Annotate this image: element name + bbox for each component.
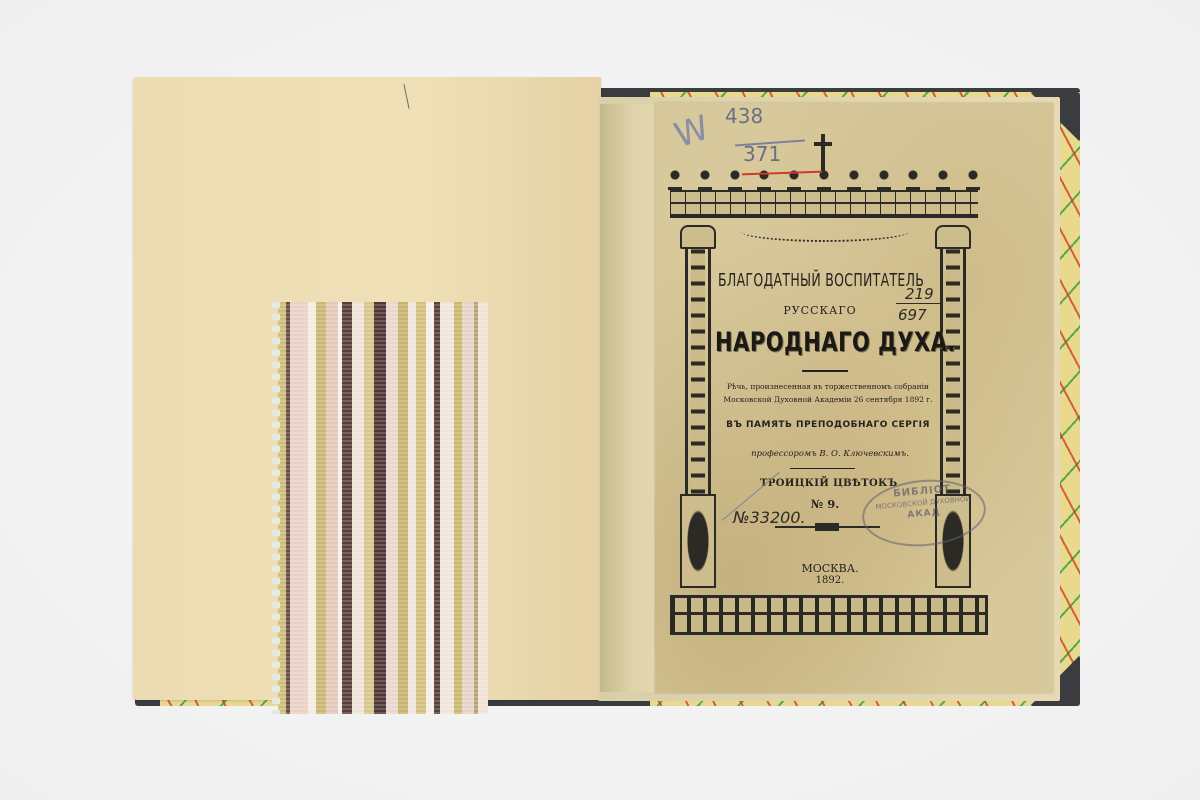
palmette-icon	[936, 167, 950, 190]
column-capital	[935, 225, 971, 249]
pencil-shelfmark-top: 438	[725, 104, 763, 128]
palmette-icon	[847, 167, 861, 190]
column-capital	[680, 225, 716, 249]
dedication-text: ВЪ ПАМЯТЬ ПРЕПОДОБНАГО СЕРГІЯ	[722, 420, 934, 430]
pencil-shelfmark-bottom: 371	[743, 142, 781, 166]
palmette-icon	[757, 167, 771, 190]
ink-shelfmark-top: 219	[905, 285, 934, 303]
subtitle-line-2: Московской Духовной Академіи 26 сентября…	[718, 395, 938, 404]
crest-ornament	[668, 160, 980, 190]
subtitle-line-1: Рѣчь, произнесенная въ торжественномъ со…	[718, 382, 938, 391]
palmette-icon	[877, 167, 891, 190]
column-shaft	[685, 249, 711, 494]
column-shaft	[940, 249, 966, 494]
palmette-icon	[668, 167, 682, 190]
title-rule	[802, 370, 848, 372]
series-title: ТРОИЦКІЙ ЦВѢТОКЪ	[760, 478, 890, 489]
greek-key-border	[670, 595, 988, 635]
frame-entablature	[670, 190, 978, 218]
palmette-icon	[698, 167, 712, 190]
palmette-icon	[728, 167, 742, 190]
imprint-city: МОСКВА.	[780, 562, 880, 575]
garland-ornament	[740, 220, 910, 242]
author-rule	[790, 468, 855, 469]
palmette-icon	[906, 167, 920, 190]
inventory-number: №33200.	[733, 508, 806, 527]
left-column-ornament	[680, 225, 716, 590]
fabric-swatch	[278, 302, 488, 714]
title-line-1: БЛАГОДАТНЫЙ ВОСПИТАТЕЛЬ	[718, 269, 908, 290]
column-base	[680, 494, 716, 588]
ink-shelfmark-bottom: 697	[898, 306, 927, 324]
ink-fraction-bar	[896, 303, 942, 304]
title-line-3: НАРОДНАГО ДУХА.	[715, 327, 940, 357]
palmette-icon	[966, 167, 980, 190]
gutter-page	[600, 104, 660, 692]
imprint-year: 1892.	[780, 575, 880, 586]
author-text: профессоромъ В. О. Ключевскимъ.	[720, 449, 940, 459]
title-line-2: РУССКАГО	[740, 304, 900, 317]
